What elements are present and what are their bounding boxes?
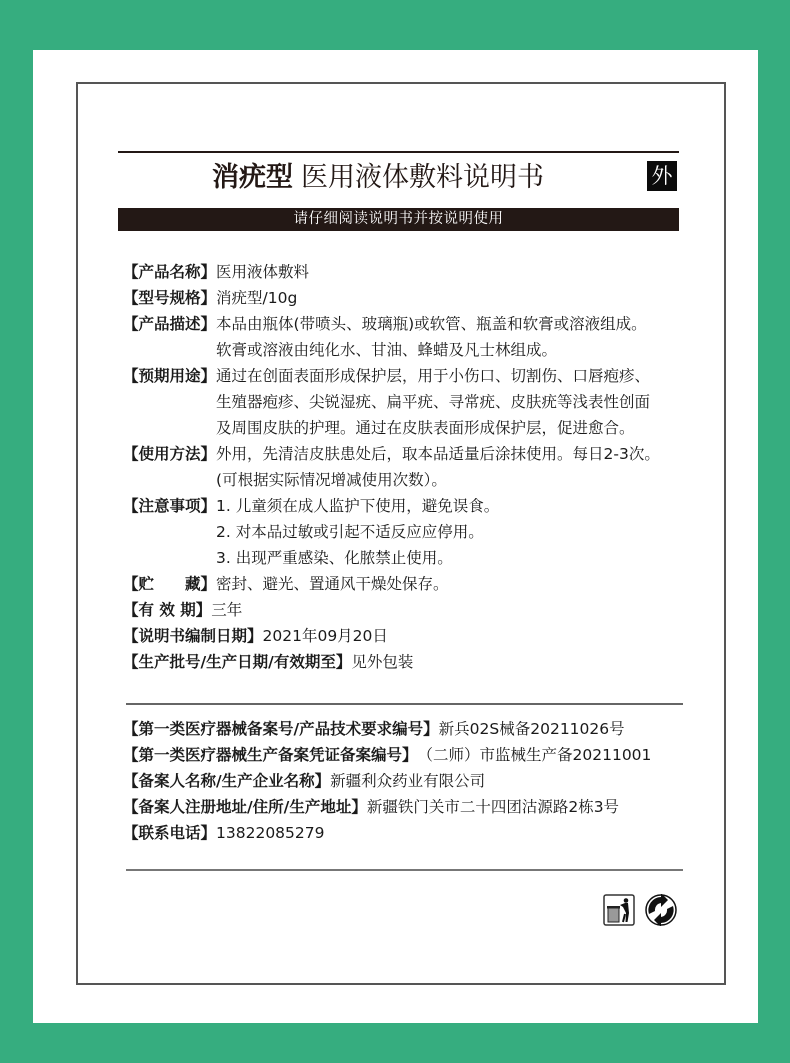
- page-title: 消疣型医用液体敷料说明书: [118, 160, 638, 196]
- footer-icons: [603, 894, 677, 926]
- external-use-badge: 外: [647, 161, 677, 191]
- field-model-spec: 【型号规格】消疣型/10g: [123, 285, 693, 311]
- field-storage: 【贮 藏】密封、避光、置通风干燥处保存。: [123, 571, 693, 597]
- field-shelf-life: 【有 效 期】三年: [123, 597, 693, 623]
- trash-bin-icon: [603, 894, 635, 926]
- top-rule: [118, 151, 679, 153]
- field-batch-info: 【生产批号/生产日期/有效期至】见外包装: [123, 649, 693, 675]
- field-compile-date: 【说明书编制日期】2021年09月20日: [123, 623, 693, 649]
- reg-production-filing: 【第一类医疗器械生产备案凭证备案编号】（二师）市监械生产备20211001: [123, 742, 693, 768]
- title-model: 消疣型: [212, 162, 293, 193]
- instruction-banner: 请仔细阅读说明书并按说明使用: [118, 208, 679, 231]
- field-description: 【产品描述】本品由瓶体(带喷头、玻璃瓶)或软管、瓶盖和软膏或溶液组成。软膏或溶液…: [123, 311, 693, 363]
- registration-section: 【第一类医疗器械备案号/产品技术要求编号】新兵02S械备20211026号 【第…: [123, 716, 693, 846]
- field-intended-use: 【预期用途】通过在创面表面形成保护层，用于小伤口、切割伤、口唇疱疹、生殖器疱疹、…: [123, 363, 693, 441]
- reg-address: 【备案人注册地址/住所/生产地址】新疆铁门关市二十四团沽源路2栋3号: [123, 794, 693, 820]
- section-divider-bottom: [126, 869, 683, 871]
- title-main: 医用液体敷料说明书: [301, 162, 544, 193]
- green-dot-recycle-icon: [645, 894, 677, 926]
- field-usage: 【使用方法】外用，先清洁皮肤患处后，取本品适量后涂抹使用。每日2-3次。(可根据…: [123, 441, 693, 493]
- reg-filing-number: 【第一类医疗器械备案号/产品技术要求编号】新兵02S械备20211026号: [123, 716, 693, 742]
- field-product-name: 【产品名称】医用液体敷料: [123, 259, 693, 285]
- field-precautions: 【注意事项】1. 儿童须在成人监护下使用，避免误食。2. 对本品过敏或引起不适反…: [123, 493, 693, 571]
- reg-phone: 【联系电话】13822085279: [123, 820, 693, 846]
- section-divider: [126, 703, 683, 705]
- product-info-section: 【产品名称】医用液体敷料 【型号规格】消疣型/10g 【产品描述】本品由瓶体(带…: [123, 259, 693, 675]
- reg-company-name: 【备案人名称/生产企业名称】新疆利众药业有限公司: [123, 768, 693, 794]
